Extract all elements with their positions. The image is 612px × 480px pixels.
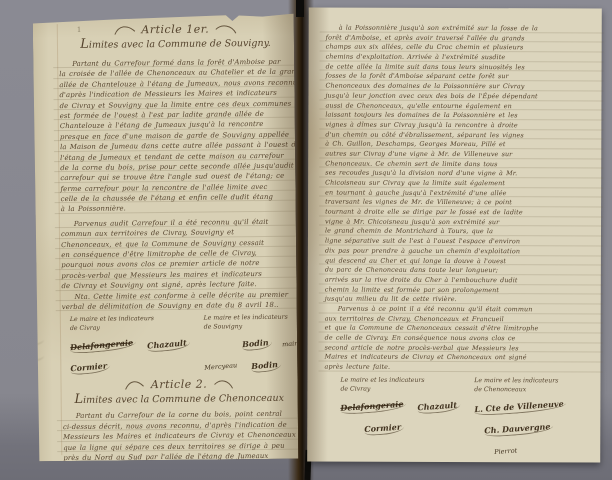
signature-row: L. Cte de Villeneuve [474, 394, 598, 416]
signature-row: Mercyeau Bodin [204, 353, 311, 376]
manuscript-page-left: 1 Article 1er. Limites avec la Commune d… [33, 14, 299, 462]
signature: L. Cte de Villeneuve [474, 398, 567, 416]
signature-header: Le maire et les indicateurs [340, 375, 466, 384]
signature-header: Le maire et les indicateurs [474, 376, 598, 385]
signature-row: Cormier [70, 354, 196, 377]
bookmark-ribbon-top [296, 0, 304, 17]
signature-column-souvigny: Le maire et les indicateurs de Souvigny … [196, 313, 311, 376]
manuscript-line: verbal de délimitation de Souvigny en da… [62, 300, 295, 313]
article2-paragraph2: Parvenus à ce point il a été reconnu qu'… [325, 304, 599, 373]
scanned-register-spread: 1 Article 1er. Limites avec la Commune d… [0, 0, 612, 480]
signature-column-civray: Le maire et les indicateurs de Civray De… [324, 375, 466, 458]
signature-row: Ch. Dauvergne [474, 416, 598, 438]
signature: Ch. Dauvergne [484, 421, 554, 438]
article2-title-text: Article 2. [151, 378, 207, 392]
article1-title-text: Article 1er. [141, 23, 209, 37]
signature: Cormier [70, 361, 111, 376]
article1-paragraph1: Partant du Carrefour formé dans la forêt… [59, 57, 294, 215]
flourish-icon [112, 24, 136, 36]
signature-column-civray: Le maire et les indicateurs de Civray De… [62, 314, 196, 377]
signature: Cormier [364, 421, 404, 436]
manuscript-line: près du Nord au Sud par l'allée de l'éta… [63, 451, 296, 464]
signature: Mercyeau [204, 361, 240, 373]
signature: Chazault [417, 399, 460, 414]
signature: Bodin [251, 359, 281, 373]
manuscript-page-right: à la Poissonnière jusqu'à son extrémité … [307, 7, 602, 462]
signature-row: Delafongeraie Chazault [340, 393, 466, 415]
signature-block-article2: Le maire et les indicateurs de Civray De… [324, 375, 598, 459]
signature-row: Pierrot [474, 438, 598, 459]
signature: Delafongeraie [340, 398, 407, 414]
flourish-icon [212, 379, 234, 391]
article2-paragraph1: Partant du Carrefour de la corne du bois… [63, 409, 297, 463]
signature-header-place: de Chenonceaux [474, 385, 598, 394]
margin-pencil-scribble [10, 331, 44, 357]
signature-paraph: Pierrot [494, 446, 521, 457]
article1-subtitle: Limites avec la Commune de Souvigny. [59, 35, 292, 52]
signature: Delafongeraie [70, 337, 137, 354]
flourish-icon [124, 380, 146, 392]
signature-row: Bodin maire [204, 331, 311, 354]
article2-subtitle: Limites avec la Commune de Chenonceaux [63, 390, 296, 407]
manuscript-line: après lecture faite. [325, 363, 599, 374]
article1-paragraph2: Parvenus audit Carrefour il a été reconn… [61, 217, 295, 292]
flourish-icon [214, 23, 238, 35]
signature-block-article1: Le maire et les indicateurs de Civray De… [62, 313, 296, 377]
signature-row: Cormier [340, 415, 466, 437]
signature-row: Delafongeraie Chazault [70, 332, 196, 355]
signature: Bodin [242, 337, 272, 351]
article1-nota: Nta. Cette limite est conforme à celle d… [62, 289, 295, 312]
signature: Chazault [147, 338, 190, 353]
signature-header-place: de Civray [340, 384, 466, 393]
article2-paragraph1-continued: à la Poissonnière jusqu'à son extrémité … [325, 24, 600, 306]
signature-column-chenonceaux: Le maire et les indicateurs de Chenoncea… [466, 376, 598, 459]
